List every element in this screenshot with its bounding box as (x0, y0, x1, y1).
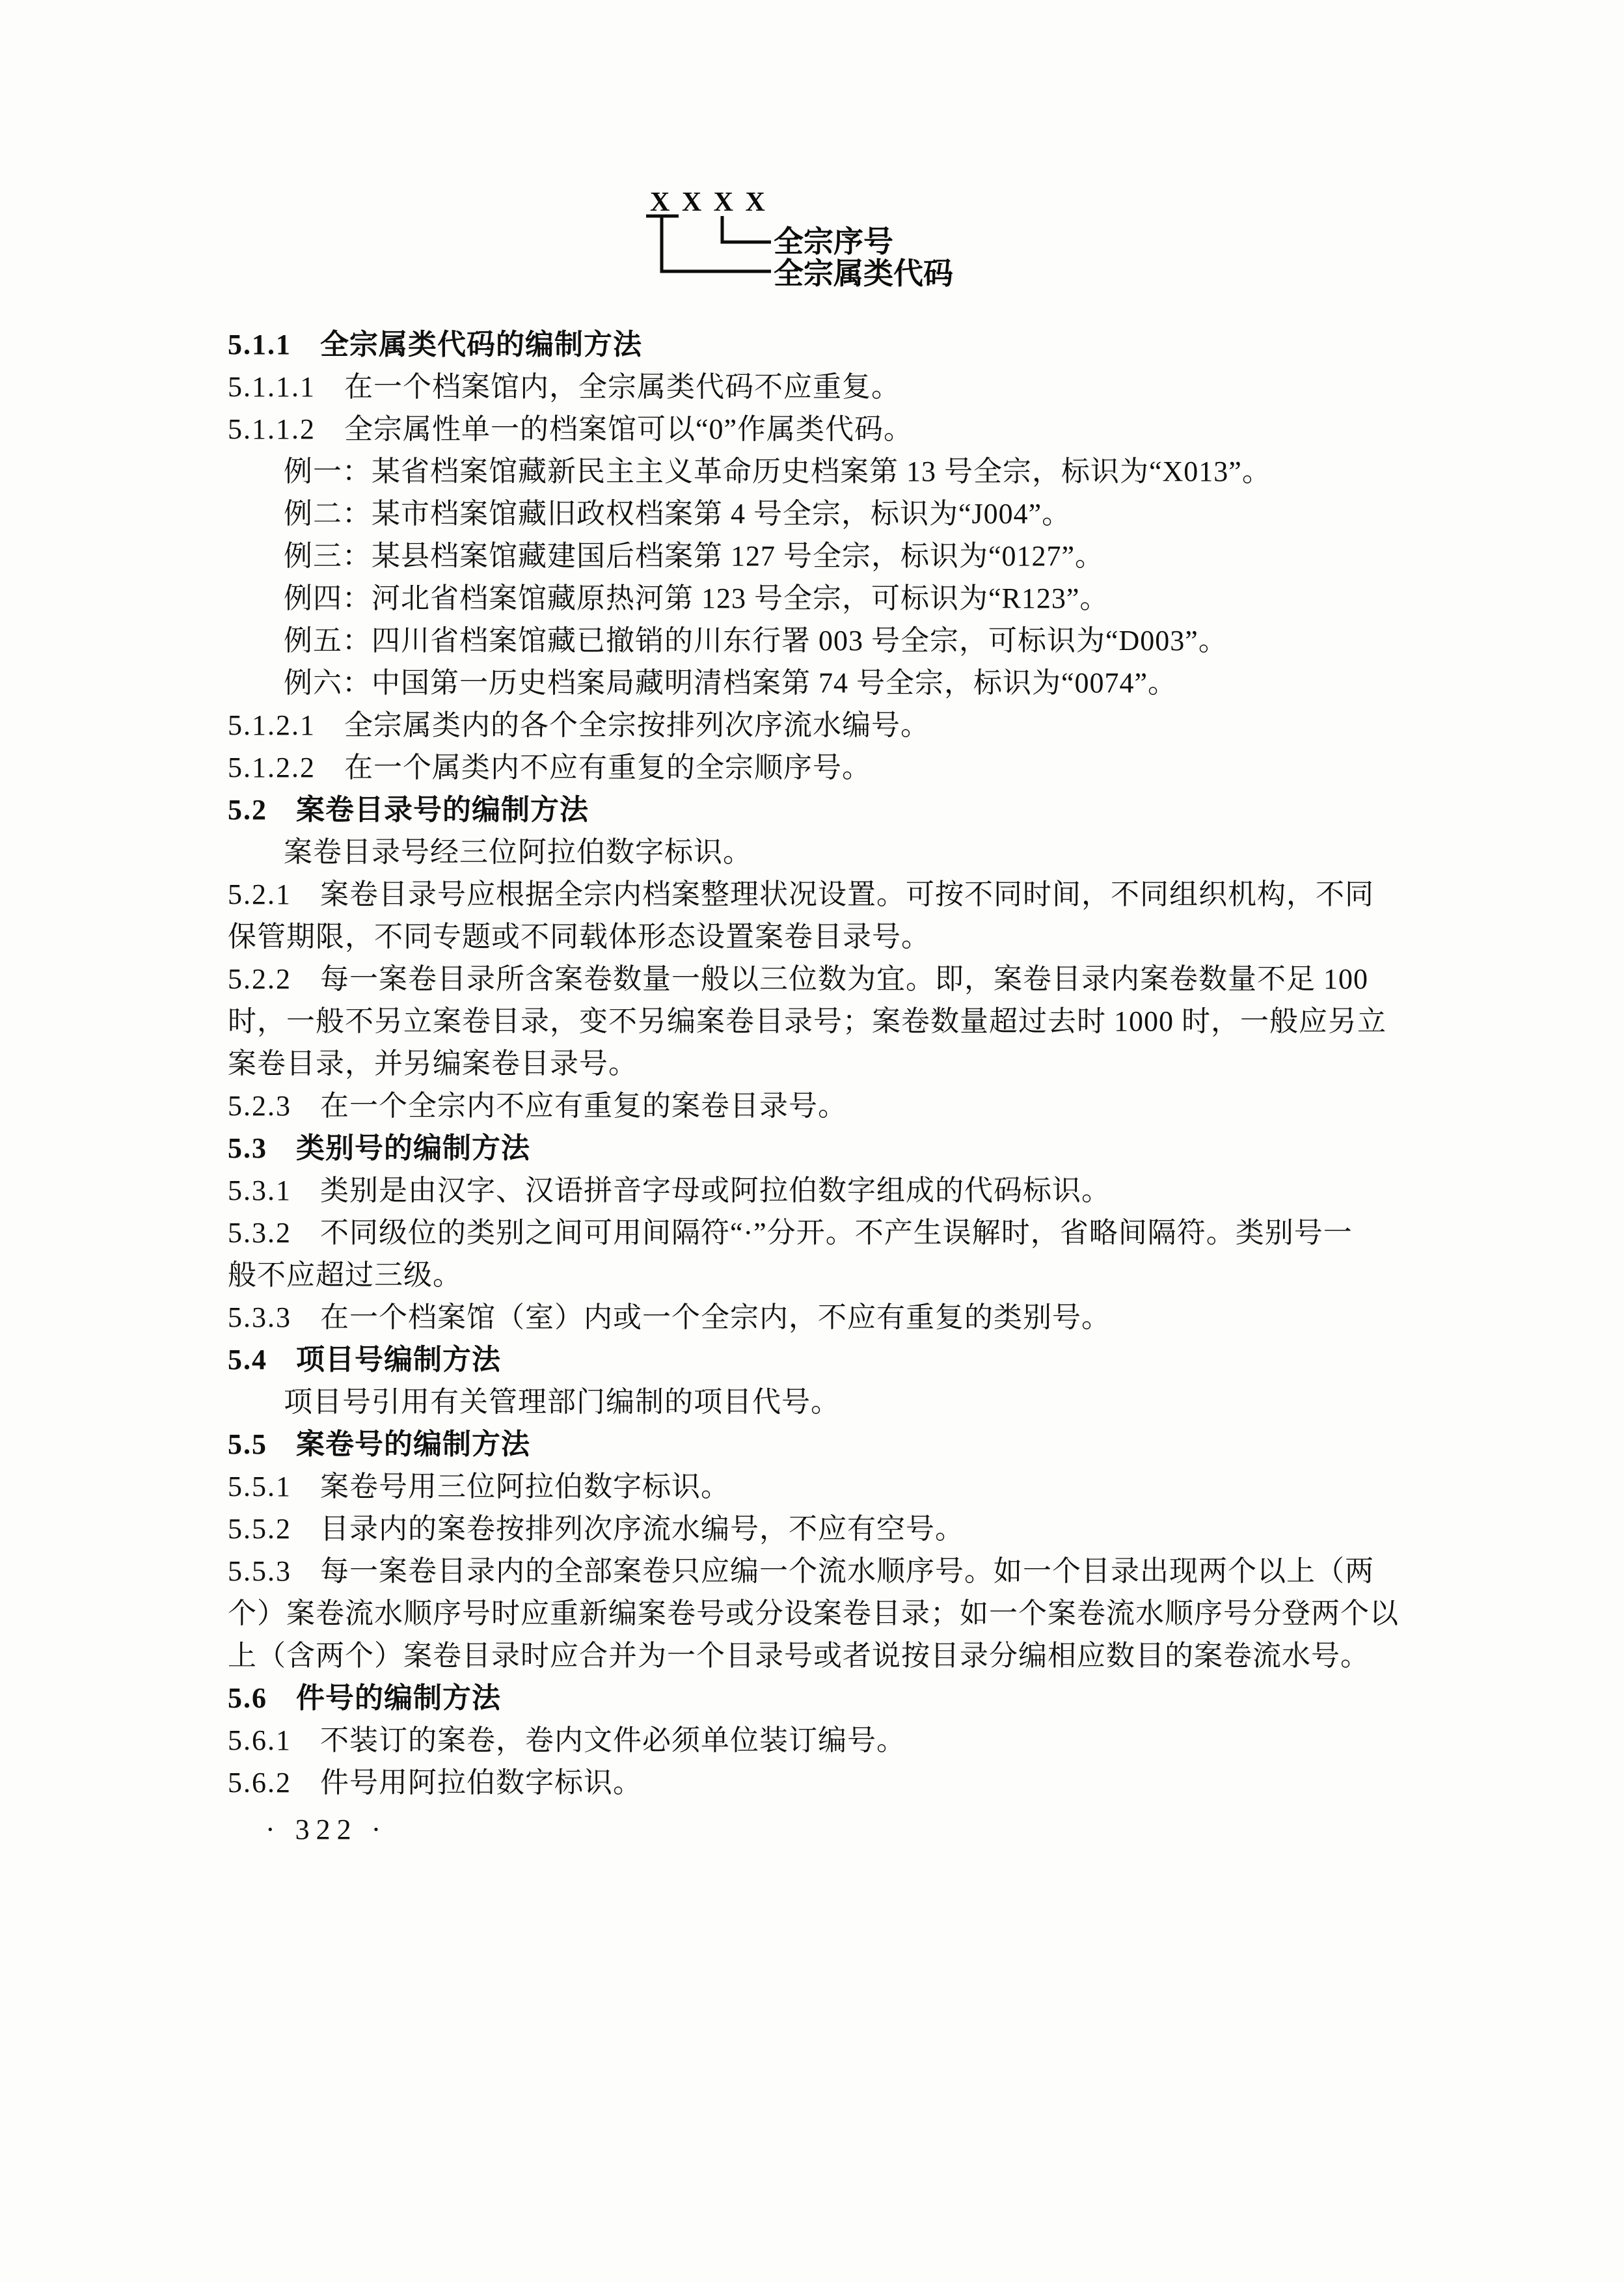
code-placeholder-digits: X X X X (650, 187, 768, 217)
document-body: 5.1.1全宗属类代码的编制方法5.1.1.1在一个档案馆内，全宗属类代码不应重… (228, 323, 1405, 1804)
text-line: 5.5.3每一案卷目录内的全部案卷只应编一个流水顺序号。如一个目录出现两个以上（… (228, 1550, 1405, 1592)
clause-number: 5.1.2.2 (228, 746, 316, 789)
text-line: 5.2案卷目录号的编制方法 (228, 789, 1405, 831)
text-line: 例五：四川省档案馆藏已撤销的川东行署 003 号全宗，可标识为“D003”。 (228, 619, 1405, 662)
text-line: 5.3.1类别是由汉字、汉语拼音字母或阿拉伯数字组成的代码标识。 (228, 1169, 1405, 1212)
clause-text: 项目号编制方法 (296, 1344, 501, 1376)
text-line: 例三：某县档案馆藏建国后档案第 127 号全宗，标识为“0127”。 (228, 535, 1405, 577)
clause-number: 5.5.1 (228, 1465, 291, 1508)
clause-text: 案卷目录号经三位阿拉伯数字标识。 (284, 836, 752, 868)
clause-number: 5.1.2.1 (228, 704, 316, 746)
clause-text: 般不应超过三级。 (228, 1259, 462, 1291)
clause-text: 案卷目录号的编制方法 (296, 794, 589, 826)
text-line: 案卷目录号经三位阿拉伯数字标识。 (228, 831, 1405, 873)
clause-text: 件号的编制方法 (296, 1682, 501, 1714)
text-line: 般不应超过三级。 (228, 1254, 1405, 1296)
text-line: 5.2.3在一个全宗内不应有重复的案卷目录号。 (228, 1085, 1405, 1127)
clause-text: 在一个档案馆内，全宗属类代码不应重复。 (344, 371, 900, 403)
clause-text: 例六：中国第一历史档案局藏明清档案第 74 号全宗，标识为“0074”。 (284, 667, 1177, 699)
clause-text: 案卷号用三位阿拉伯数字标识。 (320, 1471, 730, 1502)
text-line: 个）案卷流水顺序号时应重新编案卷号或分设案卷目录；如一个案卷流水顺序号分登两个以 (228, 1592, 1405, 1635)
clause-text: 案卷号的编制方法 (296, 1428, 530, 1460)
text-line: 5.2.1案卷目录号应根据全宗内档案整理状况设置。可按不同时间，不同组织机构，不… (228, 873, 1405, 916)
text-line: 5.6.1不装订的案卷，卷内文件必须单位装订编号。 (228, 1719, 1405, 1761)
clause-number: 5.5.3 (228, 1550, 291, 1592)
text-line: 5.3.3在一个档案馆（室）内或一个全宗内，不应有重复的类别号。 (228, 1296, 1405, 1338)
clause-text: 例五：四川省档案馆藏已撤销的川东行署 003 号全宗，可标识为“D003”。 (284, 625, 1228, 657)
clause-number: 5.4 (228, 1338, 267, 1381)
clause-text: 每一案卷目录内的全部案卷只应编一个流水顺序号。如一个目录出现两个以上（两 (320, 1555, 1374, 1587)
clause-text: 在一个属类内不应有重复的全宗顺序号。 (344, 752, 871, 783)
text-line: 上（含两个）案卷目录时应合并为一个目录号或者说按目录分编相应数目的案卷流水号。 (228, 1635, 1405, 1677)
clause-number: 5.6.2 (228, 1761, 291, 1804)
text-line: 5.5.1案卷号用三位阿拉伯数字标识。 (228, 1465, 1405, 1508)
clause-text: 不装订的案卷，卷内文件必须单位装订编号。 (320, 1724, 906, 1756)
clause-text: 不同级位的类别之间可用间隔符“·”分开。不产生误解时，省略间隔符。类别号一 (320, 1217, 1353, 1249)
text-line: 5.2.2每一案卷目录所含案卷数量一般以三位数为宜。即，案卷目录内案卷数量不足 … (228, 958, 1405, 1000)
clause-text: 全宗属性单一的档案馆可以“0”作属类代码。 (344, 413, 913, 445)
text-line: 5.6.2件号用阿拉伯数字标识。 (228, 1761, 1405, 1804)
clause-text: 个）案卷流水顺序号时应重新编案卷号或分设案卷目录；如一个案卷流水顺序号分登两个以 (228, 1597, 1399, 1629)
clause-text: 全宗属类内的各个全宗按排列次序流水编号。 (344, 709, 930, 741)
clause-number: 5.1.1.1 (228, 366, 316, 408)
clause-text: 项目号引用有关管理部门编制的项目代号。 (284, 1386, 840, 1418)
text-line: 保管期限，不同专题或不同载体形态设置案卷目录号。 (228, 916, 1405, 958)
clause-text: 在一个全宗内不应有重复的案卷目录号。 (320, 1090, 847, 1122)
clause-text: 案卷目录号应根据全宗内档案整理状况设置。可按不同时间，不同组织机构，不同 (320, 878, 1374, 910)
clause-number: 5.6 (228, 1677, 267, 1719)
text-line: 5.1.1.2全宗属性单一的档案馆可以“0”作属类代码。 (228, 408, 1405, 450)
document-page: X X X X 全宗序号 全宗属类代码 5.1.1全宗属类代码的编制方法5.1.… (0, 0, 1624, 2282)
text-line: 5.5案卷号的编制方法 (228, 1423, 1405, 1465)
clause-text: 类别是由汉字、汉语拼音字母或阿拉伯数字组成的代码标识。 (320, 1175, 1111, 1206)
clause-text: 例一：某省档案馆藏新民主主义革命历史档案第 13 号全宗，标识为“X013”。 (284, 455, 1271, 487)
label-fond-sequence-number: 全宗序号 (774, 225, 893, 258)
clause-number: 5.3 (228, 1127, 267, 1169)
clause-text: 类别号的编制方法 (296, 1132, 530, 1164)
text-line: 案卷目录，并另编案卷目录号。 (228, 1042, 1405, 1085)
clause-text: 上（含两个）案卷目录时应合并为一个目录号或者说按目录分编相应数目的案卷流水号。 (228, 1640, 1370, 1672)
code-structure-diagram: X X X X 全宗序号 全宗属类代码 (641, 182, 992, 299)
text-line: 例六：中国第一历史档案局藏明清档案第 74 号全宗，标识为“0074”。 (228, 662, 1405, 704)
text-line: 例二：某市档案馆藏旧政权档案第 4 号全宗，标识为“J004”。 (228, 493, 1405, 535)
page-number: · 322 · (265, 1813, 387, 1846)
clause-text: 件号用阿拉伯数字标识。 (320, 1767, 642, 1799)
clause-text: 保管期限，不同专题或不同载体形态设置案卷目录号。 (228, 921, 930, 953)
clause-text: 例二：某市档案馆藏旧政权档案第 4 号全宗，标识为“J004”。 (284, 498, 1071, 530)
clause-number: 5.1.1 (228, 323, 291, 366)
clause-number: 5.2.3 (228, 1085, 291, 1127)
clause-number: 5.2.2 (228, 958, 291, 1000)
clause-number: 5.5 (228, 1423, 267, 1465)
clause-text: 案卷目录，并另编案卷目录号。 (228, 1048, 638, 1080)
clause-text: 每一案卷目录所含案卷数量一般以三位数为宜。即，案卷目录内案卷数量不足 100 (320, 963, 1368, 995)
clause-text: 例三：某县档案馆藏建国后档案第 127 号全宗，标识为“0127”。 (284, 540, 1104, 572)
text-line: 5.3类别号的编制方法 (228, 1127, 1405, 1169)
clause-number: 5.6.1 (228, 1719, 291, 1761)
text-line: 5.1.1全宗属类代码的编制方法 (228, 323, 1405, 366)
clause-text: 例四：河北省档案馆藏原热河第 123 号全宗，可标识为“R123”。 (284, 582, 1109, 614)
text-line: 时，一般不另立案卷目录，变不另编案卷目录号；案卷数量超过去时 1000 时，一般… (228, 1000, 1405, 1042)
clause-number: 5.2.1 (228, 873, 291, 916)
clause-number: 5.3.3 (228, 1296, 291, 1338)
text-line: 5.6件号的编制方法 (228, 1677, 1405, 1719)
clause-number: 5.1.1.2 (228, 408, 316, 450)
text-line: 5.1.1.1在一个档案馆内，全宗属类代码不应重复。 (228, 366, 1405, 408)
clause-text: 在一个档案馆（室）内或一个全宗内，不应有重复的类别号。 (320, 1301, 1111, 1333)
clause-number: 5.2 (228, 789, 267, 831)
clause-text: 目录内的案卷按排列次序流水编号，不应有空号。 (320, 1513, 964, 1545)
text-line: 例一：某省档案馆藏新民主主义革命历史档案第 13 号全宗，标识为“X013”。 (228, 450, 1405, 493)
connector-line-sequence (722, 216, 771, 242)
clause-text: 时，一般不另立案卷目录，变不另编案卷目录号；案卷数量超过去时 1000 时，一般… (228, 1005, 1387, 1037)
label-fond-category-code: 全宗属类代码 (774, 257, 953, 290)
clause-number: 5.5.2 (228, 1508, 291, 1550)
text-line: 例四：河北省档案馆藏原热河第 123 号全宗，可标识为“R123”。 (228, 577, 1405, 619)
text-line: 5.3.2不同级位的类别之间可用间隔符“·”分开。不产生误解时，省略间隔符。类别… (228, 1212, 1405, 1254)
text-line: 5.4项目号编制方法 (228, 1338, 1405, 1381)
clause-number: 5.3.1 (228, 1169, 291, 1212)
clause-number: 5.3.2 (228, 1212, 291, 1254)
text-line: 5.5.2目录内的案卷按排列次序流水编号，不应有空号。 (228, 1508, 1405, 1550)
text-line: 5.1.2.2在一个属类内不应有重复的全宗顺序号。 (228, 746, 1405, 789)
clause-text: 全宗属类代码的编制方法 (320, 329, 642, 360)
text-line: 项目号引用有关管理部门编制的项目代号。 (228, 1381, 1405, 1423)
text-line: 5.1.2.1全宗属类内的各个全宗按排列次序流水编号。 (228, 704, 1405, 746)
